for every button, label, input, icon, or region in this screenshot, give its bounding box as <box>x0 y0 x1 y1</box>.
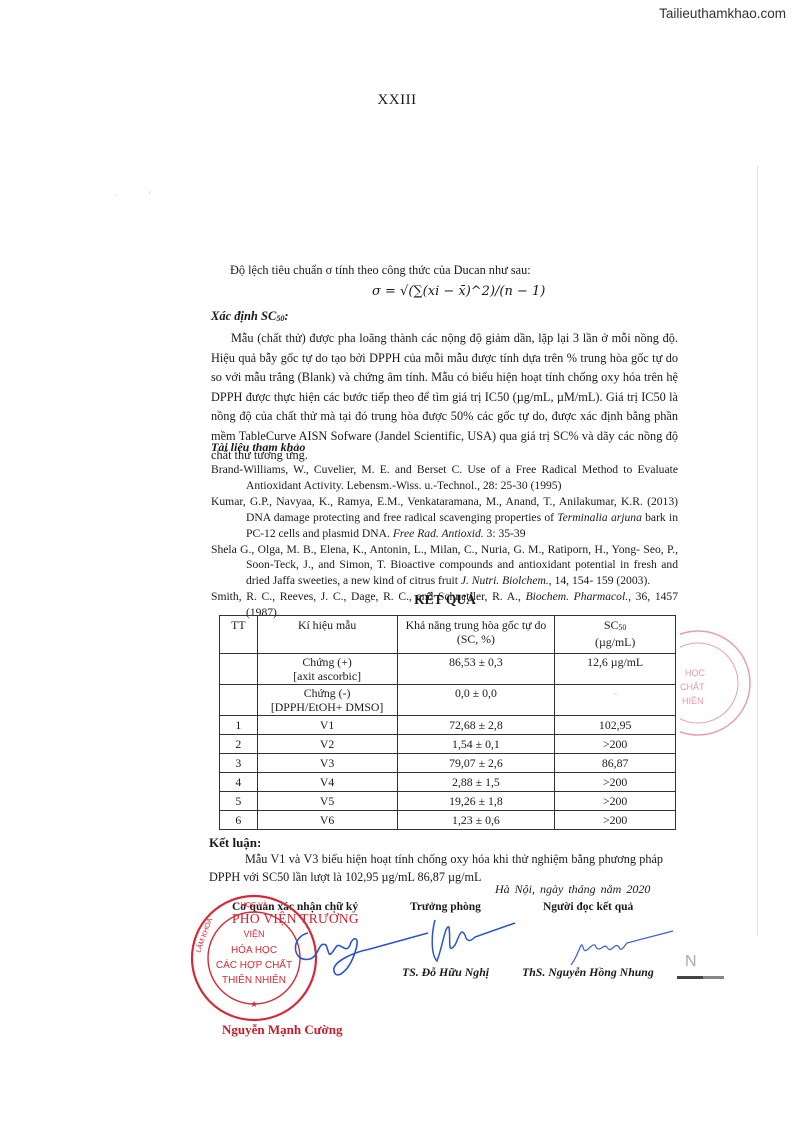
svg-text:HÓA HỌC: HÓA HỌC <box>231 943 277 956</box>
results-table: TT Kí hiệu mẫu Khả năng trung hòa gốc tự… <box>219 615 676 830</box>
sc50-cell: - <box>555 685 676 716</box>
table-row: 1V172,68 ± 2,8102,95 <box>220 716 676 735</box>
sc-cell: 0,0 ± 0,0 <box>397 685 555 716</box>
table-row: 4V42,88 ± 1,5>200 <box>220 773 676 792</box>
sample-cell: Chứng (+)[axit ascorbic] <box>257 654 397 685</box>
scan-specks: · ′ <box>114 190 150 200</box>
table-row: Chứng (-)[DPPH/EtOH+ DMSO] 0,0 ± 0,0 - <box>220 685 676 716</box>
svg-text:THIÊN NHIÊN: THIÊN NHIÊN <box>222 973 286 986</box>
page-number: XXIII <box>0 92 794 109</box>
partial-stamp-icon: HỌC CHẤT HIÊN <box>680 628 760 738</box>
date-line: Hà Nội, ngày tháng năm 2020 <box>495 882 650 897</box>
formula: σ = √(∑(xi − x̄)^2)/(n − 1) <box>372 284 545 299</box>
sample-cell: Chứng (-)[DPPH/EtOH+ DMSO] <box>257 685 397 716</box>
svg-text:CHẤT: CHẤT <box>680 682 705 692</box>
reference-item: Brand-Williams, W., Cuvelier, M. E. and … <box>211 462 678 494</box>
signer-name-reader: ThS. Nguyễn Hồng Nhung <box>522 965 654 980</box>
svg-text:CÁC HỢP CHẤT: CÁC HỢP CHẤT <box>216 958 292 971</box>
sc50-heading: Xác định SC50: <box>211 309 288 324</box>
table-row: 5V519,26 ± 1,8>200 <box>220 792 676 811</box>
signature-nhung-icon <box>565 925 675 970</box>
table-row: Chứng (+)[axit ascorbic] 86,53 ± 0,3 12,… <box>220 654 676 685</box>
sc-cell: 86,53 ± 0,3 <box>397 654 555 685</box>
signer-name-vice-director: Nguyễn Mạnh Cường <box>222 1022 342 1038</box>
signature-title-reader: Người đọc kết quả <box>543 901 633 913</box>
header-tt: TT <box>220 616 258 654</box>
signature-nghi-icon <box>425 915 525 970</box>
svg-text:★: ★ <box>250 999 258 1009</box>
conclusion-text: Mẫu V1 và V3 biểu hiện hoạt tính chống o… <box>209 850 663 886</box>
svg-text:HỌC: HỌC <box>685 668 706 678</box>
watermark: Tailieuthamkhao.com <box>659 6 786 21</box>
header-sample: Kí hiệu mẫu <box>257 616 397 654</box>
signature-title-head: Trưởng phòng <box>410 901 481 913</box>
signer-name-head: TS. Đỗ Hữu Nghị <box>402 965 489 980</box>
sc50-cell: 12,6 µg/mL <box>555 654 676 685</box>
results-title: KẾT QUẢ <box>0 592 794 608</box>
table-header-row: TT Kí hiệu mẫu Khả năng trung hòa gốc tự… <box>220 616 676 654</box>
references-heading: Tài liệu tham khảo <box>211 440 305 455</box>
header-sc: Khả năng trung hòa gốc tự do(SC, %) <box>397 616 555 654</box>
table-row: 3V379,07 ± 2,686,87 <box>220 754 676 773</box>
reference-item: Kumar, G.P., Navyaa, K., Ramya, E.M., Ve… <box>211 494 678 542</box>
header-sc50: SC50(µg/mL) <box>555 616 676 654</box>
reference-item: Shela G., Olga, M. B., Elena, K., Antoni… <box>211 542 678 590</box>
intro-text: Độ lệch tiêu chuẩn σ tính theo công thức… <box>230 261 531 281</box>
official-stamp-icon: HỌC VÀ LÂM KHOA VIỆN HÓA HỌC CÁC HỢP CHẤ… <box>186 893 322 1023</box>
corner-mark: N <box>685 953 697 971</box>
table-row: 6V61,23 ± 0,6>200 <box>220 811 676 830</box>
svg-text:HIÊN: HIÊN <box>682 696 704 706</box>
table-row: 2V21,54 ± 0,1>200 <box>220 735 676 754</box>
svg-text:HỌC VÀ: HỌC VÀ <box>241 900 268 909</box>
corner-bar <box>677 976 724 979</box>
conclusion-heading: Kết luận: <box>209 835 261 851</box>
scan-edge-line <box>757 166 758 936</box>
svg-text:VIỆN: VIỆN <box>243 929 264 939</box>
